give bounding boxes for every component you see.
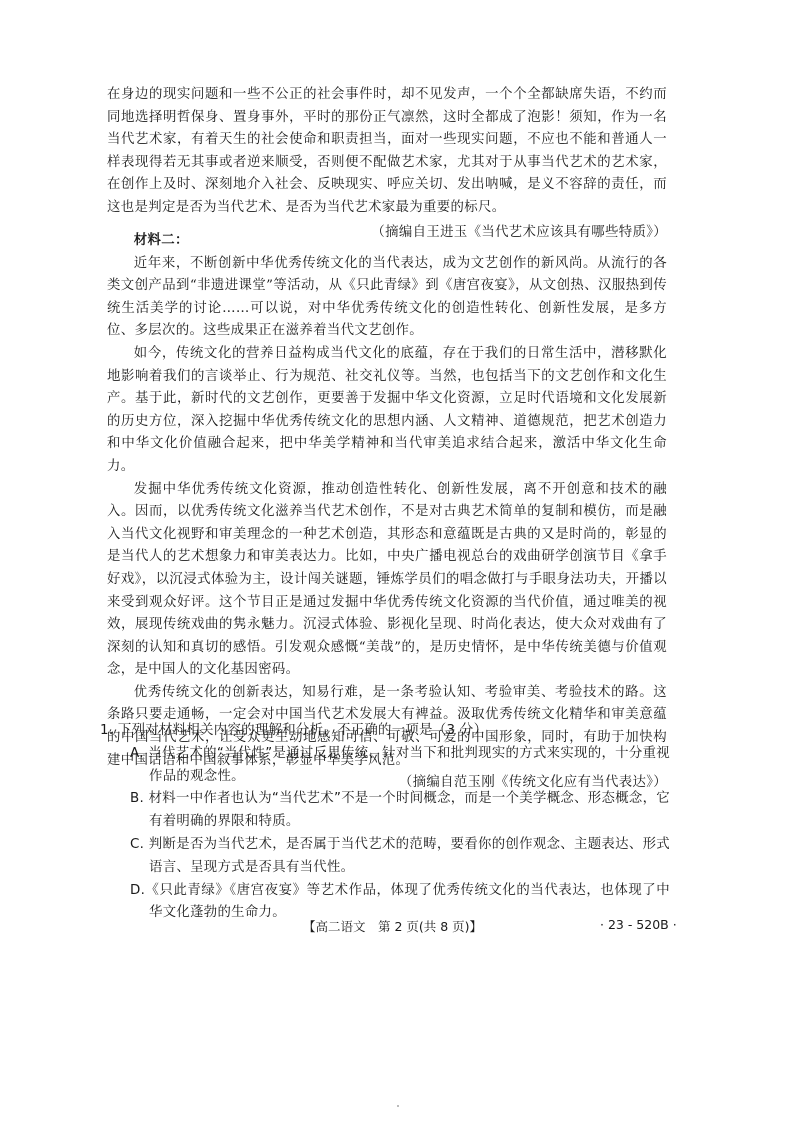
material-one-continuation: 在身边的现实问题和一些不公正的社会事件时，却不见发声，一个个全都缺席失语，不约而… [107,84,667,220]
material-two-paragraph-1: 近年来，不断创新中华优秀传统文化的当代表达，成为文艺创作的新风尚。从流行的各类文… [107,253,667,343]
exam-page: 在身边的现实问题和一些不公正的社会事件时，却不见发声，一个个全都缺席失语，不约而… [0,0,794,1122]
option-a[interactable]: A. 当代艺术的“当代性”是通过反思传统、针对当下和批判现实的方式来实现的，十分… [100,743,670,789]
material-two-section: 材料二： 近年来，不断创新中华优秀传统文化的当代表达，成为文艺创作的新风尚。从流… [107,230,667,795]
material-two-paragraph-3: 发掘中华优秀传统文化资源，推动创造性转化、创新性发展，离不开创意和技术的融入。因… [107,479,667,682]
option-c[interactable]: C. 判断是否为当代艺术，是否属于当代艺术的范畴，要看你的创作观念、主题表达、形… [100,834,670,880]
question-1: 1. 下列对材料相关内容的理解和分析，不正确的一项是（3 分） A. 当代艺术的… [100,720,670,925]
question-1-stem: 1. 下列对材料相关内容的理解和分析，不正确的一项是（3 分） [100,720,670,743]
material-two-heading: 材料二： [107,230,667,253]
page-number-label: 【高二语文 第 2 页(共 8 页)】 [303,917,482,935]
exam-code: · 23 - 520B · [600,917,677,932]
material-one-section: 在身边的现实问题和一些不公正的社会事件时，却不见发声，一个个全都缺席失语，不约而… [107,84,667,244]
material-two-paragraph-2: 如今，传统文化的营养日益构成当代文化的底蕴，存在于我们的日常生活中，潜移默化地影… [107,343,667,479]
scan-artifact-dot [397,1105,399,1107]
option-b[interactable]: B. 材料一中作者也认为“当代艺术”不是一个时间概念，而是一个美学概念、形态概念… [100,788,670,834]
